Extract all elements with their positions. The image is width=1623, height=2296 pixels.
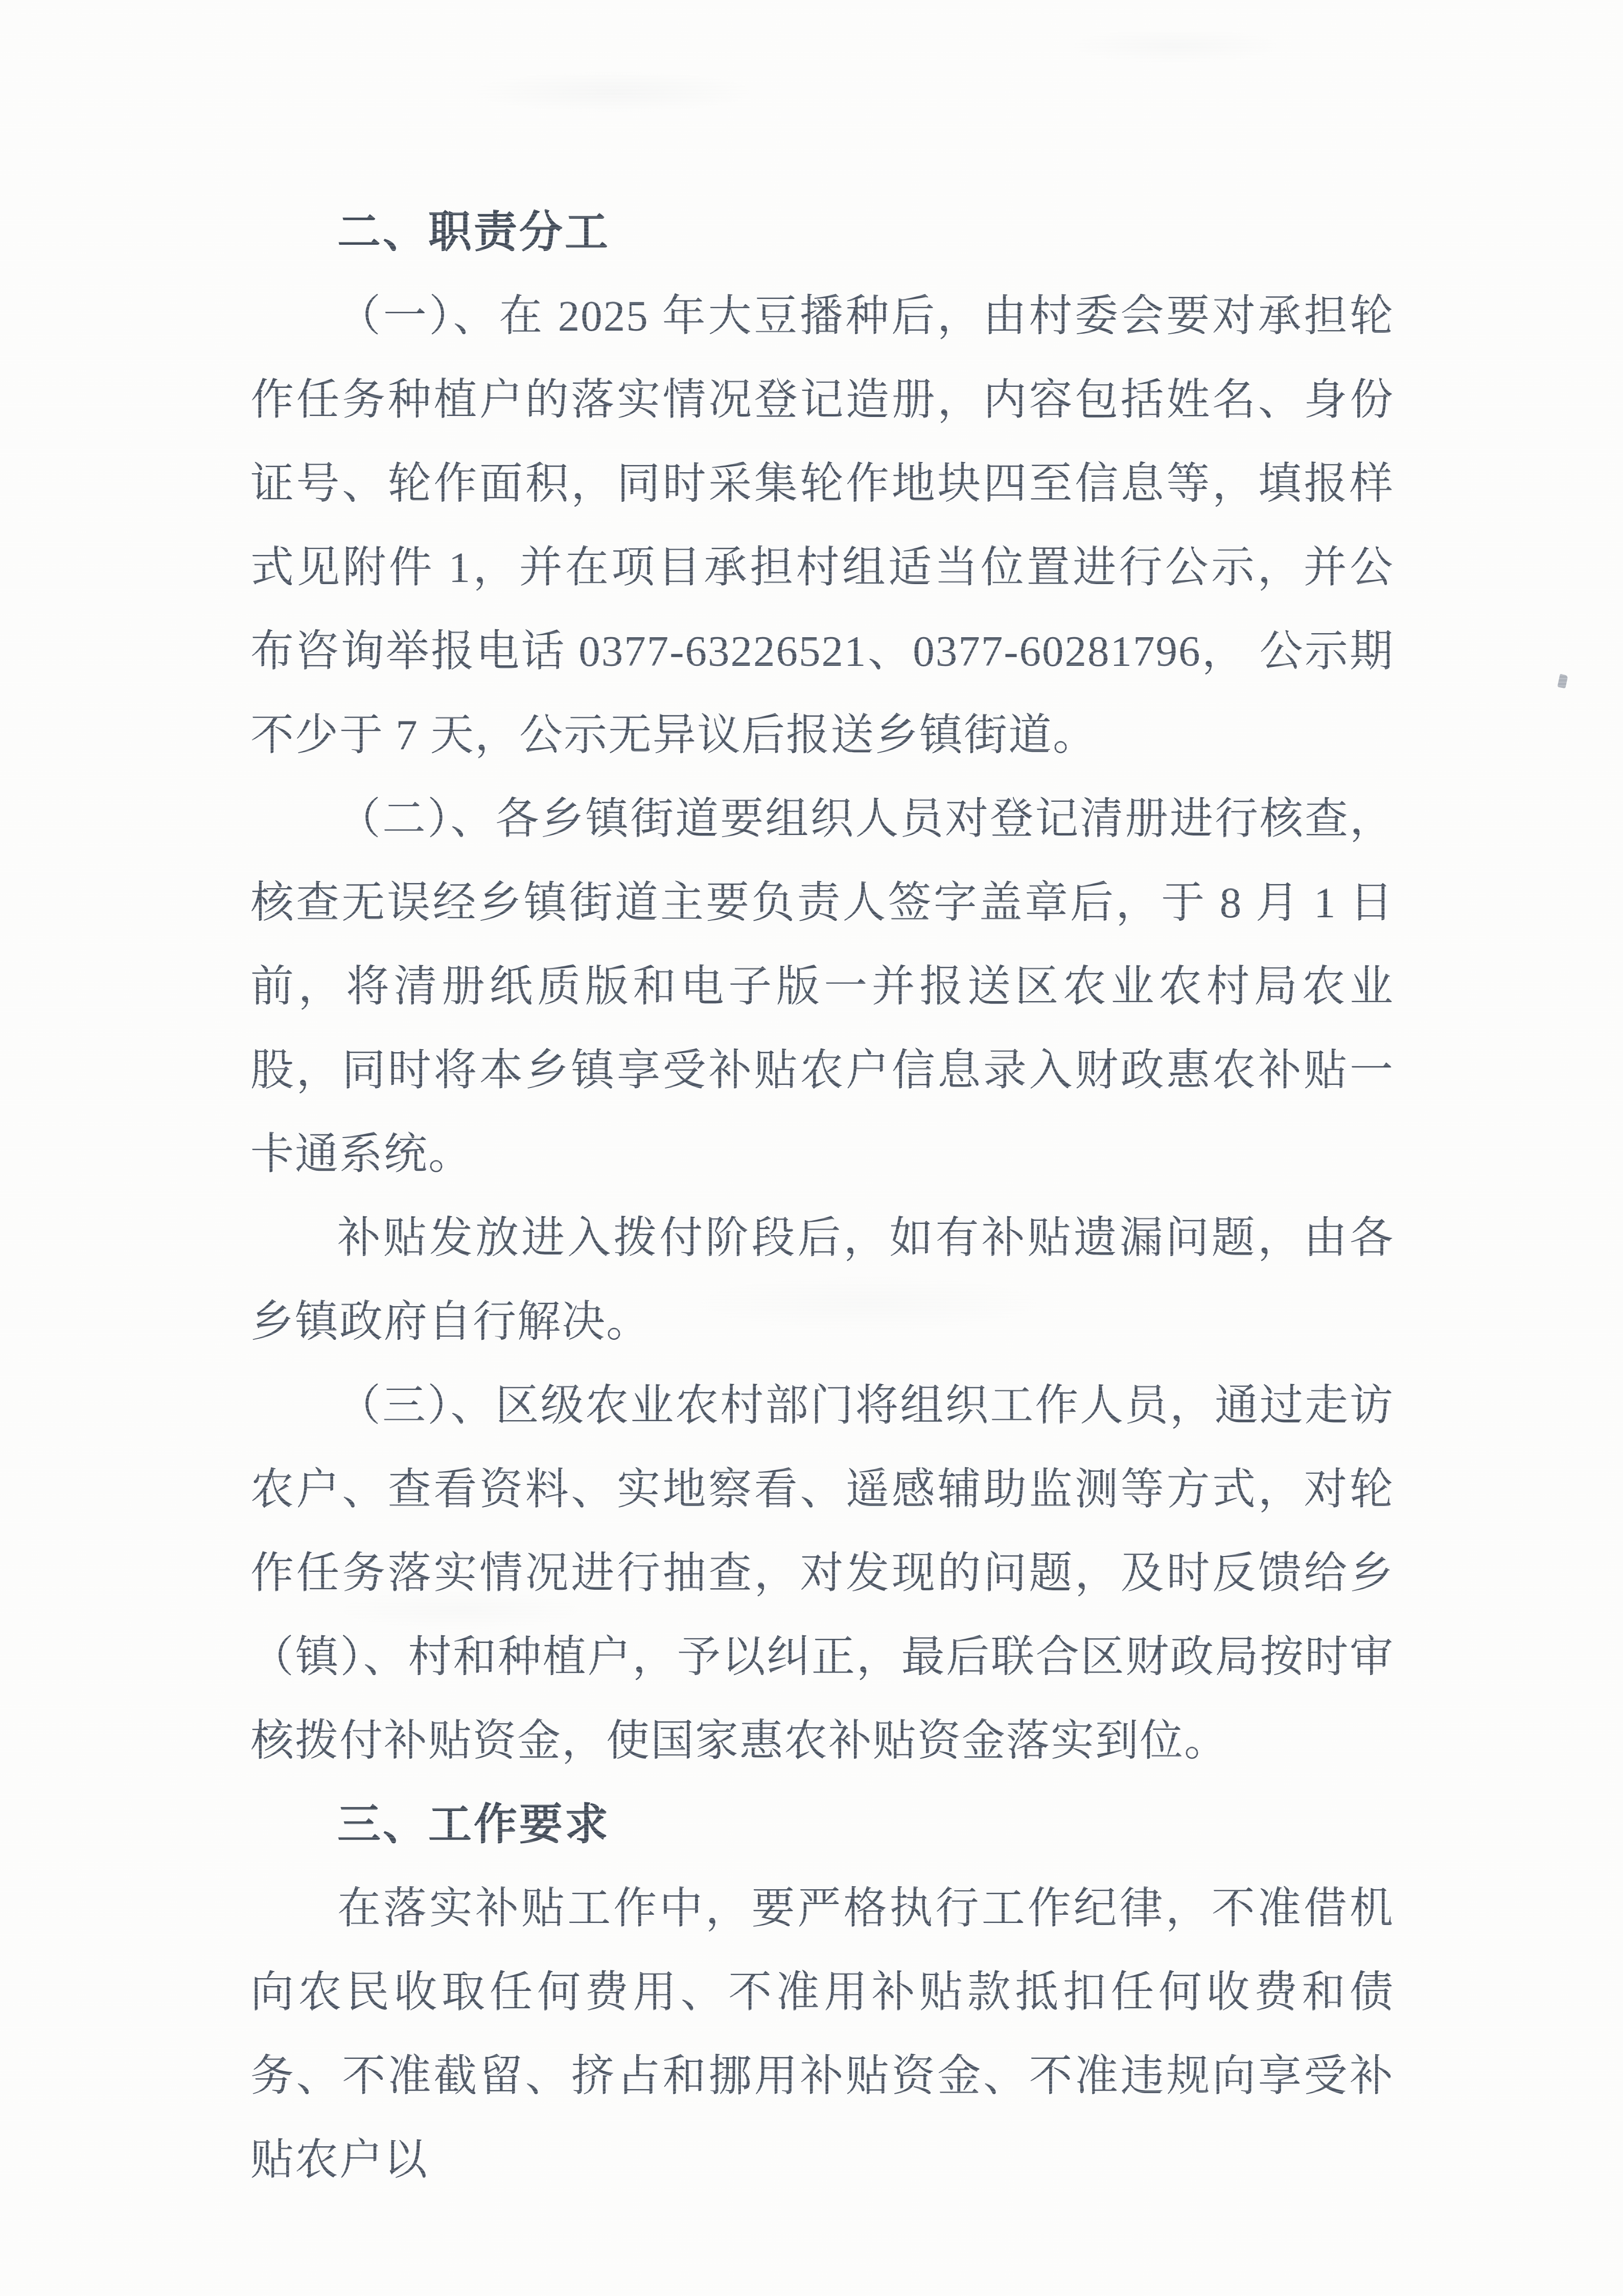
paragraph-duties-item-1: （一）、在 2025 年大豆播种后，由村委会要对承担轮作任务种植户的落实情况登记… <box>250 274 1394 777</box>
scanned-document-page: 二、职责分工 （一）、在 2025 年大豆播种后，由村委会要对承担轮作任务种植户… <box>0 0 1623 2296</box>
paragraph-duties-item-3: （三）、区级农业农村部门将组织工作人员，通过走访农户、查看资料、实地察看、遥感辅… <box>250 1364 1394 1783</box>
document-body: 二、职责分工 （一）、在 2025 年大豆播种后，由村委会要对承担轮作任务种植户… <box>250 191 1394 2202</box>
paragraph-duties-item-2: （二）、各乡镇街道要组织人员对登记清册进行核查，核查无误经乡镇街道主要负责人签字… <box>250 777 1394 1196</box>
section-heading-duties: 二、职责分工 <box>250 191 1394 274</box>
paragraph-duties-supplement: 补贴发放进入拨付阶段后，如有补贴遗漏问题，由各乡镇政府自行解决。 <box>250 1196 1394 1364</box>
paragraph-requirements: 在落实补贴工作中，要严格执行工作纪律，不准借机向农民收取任何费用、不准用补贴款抵… <box>250 1867 1394 2202</box>
scan-speck-artifact <box>1557 674 1568 689</box>
section-heading-requirements: 三、工作要求 <box>250 1783 1394 1867</box>
